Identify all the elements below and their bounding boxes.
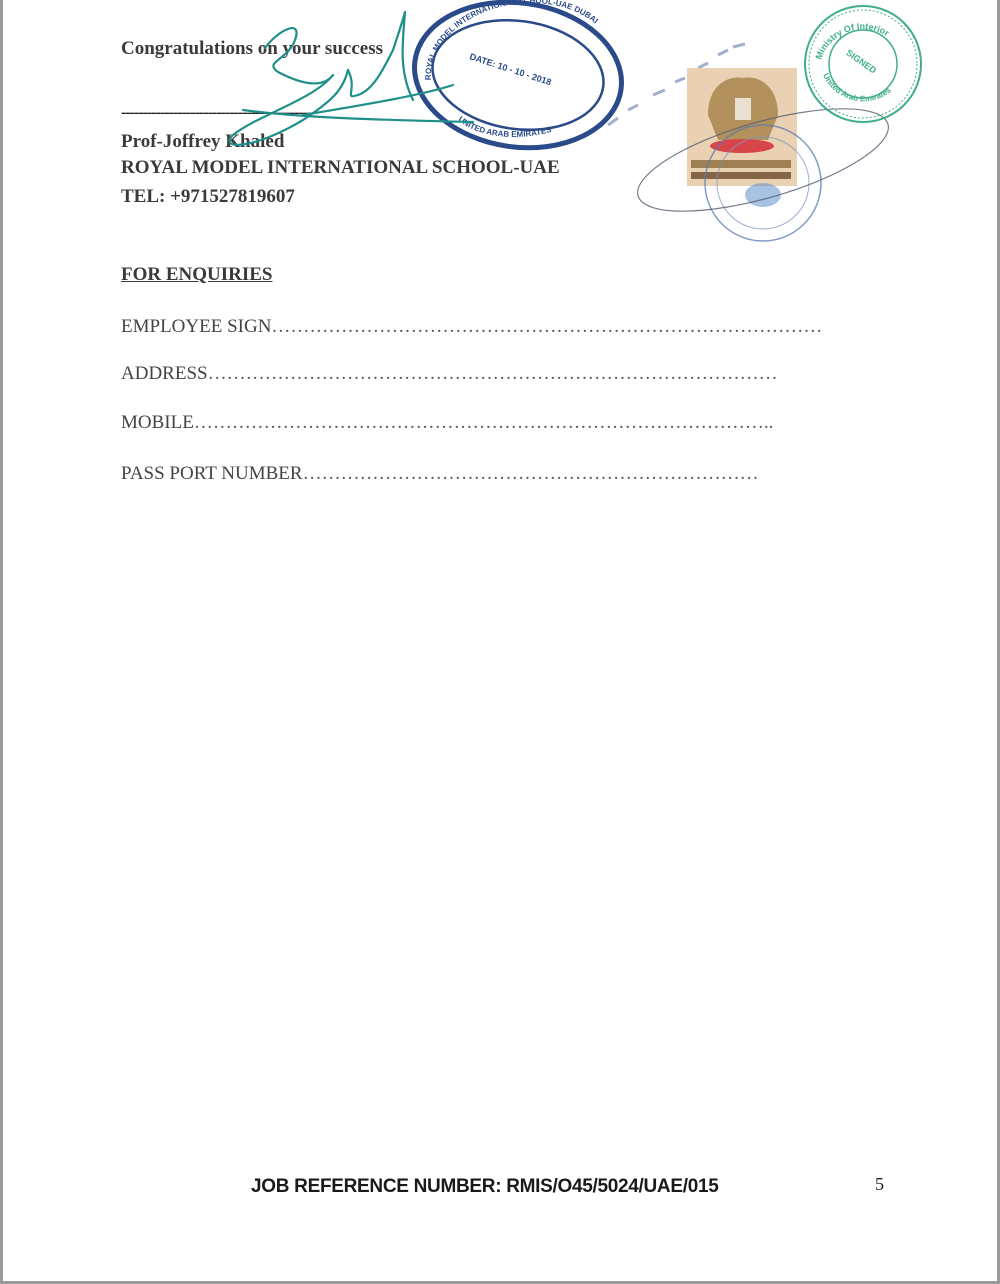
ministry-stamp <box>805 6 921 122</box>
field-label: MOBILE <box>121 412 194 433</box>
mobile-field: MOBILE……………………………………………………………………………….. <box>121 412 773 434</box>
telephone: TEL: +971527819607 <box>121 186 295 208</box>
employee-sign-field: EMPLOYEE SIGN………………………………………………………………………… <box>121 316 822 338</box>
organization-name: ROYAL MODEL INTERNATIONAL SCHOOL-UAE <box>121 157 560 179</box>
school-stamp-ring-text: ROYAL MODEL INTERNATIONAL SCHOOL-UAE DUB… <box>424 0 600 80</box>
school-stamp <box>405 0 631 161</box>
signatory-name: Prof-Joffrey Khaled <box>121 131 284 153</box>
field-label: PASS PORT NUMBER <box>121 463 303 484</box>
field-fill: …………………………………………………………………………… <box>271 316 822 337</box>
svg-text:United Arab Emirates: United Arab Emirates <box>821 72 893 104</box>
enquiries-heading: FOR ENQUIRIES <box>121 264 273 286</box>
school-stamp-date: DATE: 10 - 10 - 2018 <box>468 51 552 87</box>
handwriting-mark <box>608 44 745 125</box>
round-seal <box>705 125 821 241</box>
field-fill: ……………………………………………………………………………… <box>208 363 778 384</box>
field-label: ADDRESS <box>121 363 208 384</box>
ministry-stamp-ring-text: Ministry Of Interior <box>813 21 891 61</box>
svg-text:UNITED ARAB EMIRATES: UNITED ARAB EMIRATES <box>457 115 553 139</box>
document-page: Congratulations on your success --------… <box>0 0 1000 1284</box>
field-fill: ……………………………………………………………… <box>303 463 759 484</box>
passport-number-field: PASS PORT NUMBER……………………………………………………………… <box>121 463 759 485</box>
address-field: ADDRESS……………………………………………………………………………… <box>121 363 778 385</box>
congratulations-text: Congratulations on your success <box>121 38 383 60</box>
field-fill: ……………………………………………………………………………….. <box>194 412 774 433</box>
signature-line: ----------------------------------------… <box>121 104 311 122</box>
revenue-stamp <box>687 68 797 186</box>
page-number: 5 <box>875 1174 884 1195</box>
field-label: EMPLOYEE SIGN <box>121 316 271 337</box>
job-reference-number: JOB REFERENCE NUMBER: RMIS/O45/5024/UAE/… <box>251 1176 719 1198</box>
ministry-stamp-center: SIGNED <box>844 48 878 76</box>
signature-icon <box>229 12 473 145</box>
